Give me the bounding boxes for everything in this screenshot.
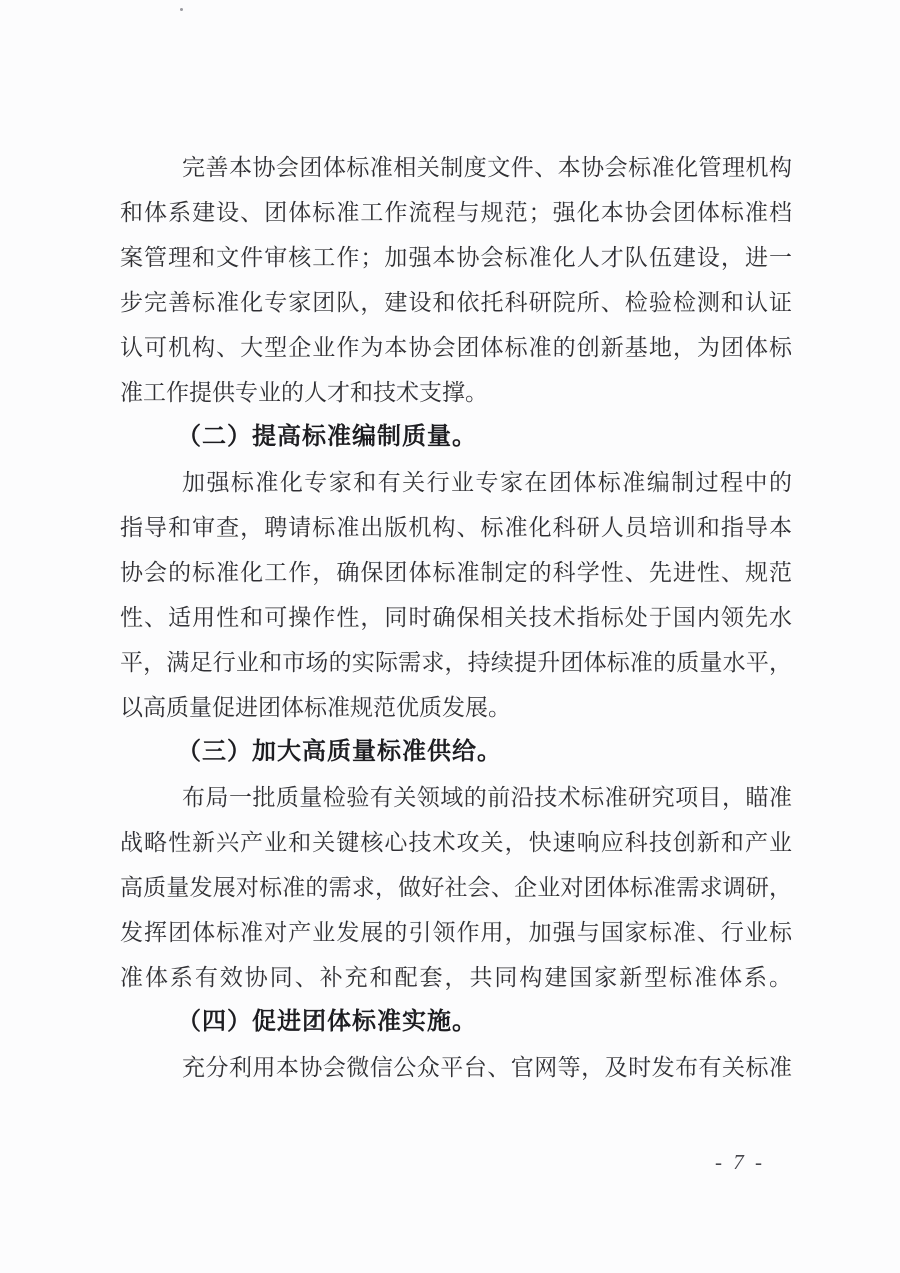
section-heading-2: （二）提高标准编制质量。 [120,415,792,460]
document-page: 完善本协会团体标准相关制度文件、本协会标准化管理机构 和体系建设、团体标准工作流… [0,0,900,1273]
text-line: 准体系有效协同、补充和配套，共同构建国家新型标准体系。 [120,955,792,1000]
text-line: 案管理和文件审核工作；加强本协会标准化人才队伍建设，进一 [120,235,792,280]
text-line: 加强标准化专家和有关行业专家在团体标准编制过程中的 [120,460,792,505]
text-line: 准工作提供专业的人才和技术支撑。 [120,370,792,415]
text-line: 战略性新兴产业和关键核心技术攻关，快速响应科技创新和产业 [120,820,792,865]
text-line: 性、适用性和可操作性，同时确保相关技术指标处于国内领先水 [120,595,792,640]
text-line: 发挥团体标准对产业发展的引领作用，加强与国家标准、行业标 [120,910,792,955]
text-line: 以高质量促进团体标准规范优质发展。 [120,685,792,730]
section-heading-3: （三）加大高质量标准供给。 [120,730,792,775]
document-body: 完善本协会团体标准相关制度文件、本协会标准化管理机构 和体系建设、团体标准工作流… [120,145,792,1090]
text-line: 完善本协会团体标准相关制度文件、本协会标准化管理机构 [120,145,792,190]
scan-speck [180,8,183,11]
text-line: 平，满足行业和市场的实际需求，持续提升团体标准的质量水平， [120,640,792,685]
page-number: - 7 - [700,1150,780,1175]
text-line: 布局一批质量检验有关领域的前沿技术标准研究项目，瞄准 [120,775,792,820]
text-line: 和体系建设、团体标准工作流程与规范；强化本协会团体标准档 [120,190,792,235]
text-line: 高质量发展对标准的需求，做好社会、企业对团体标准需求调研， [120,865,792,910]
text-line: 步完善标准化专家团队，建设和依托科研院所、检验检测和认证 [120,280,792,325]
text-line: 充分利用本协会微信公众平台、官网等，及时发布有关标准 [120,1045,792,1090]
section-heading-4: （四）促进团体标准实施。 [120,1000,792,1045]
text-line: 指导和审查，聘请标准出版机构、标准化科研人员培训和指导本 [120,505,792,550]
text-line: 认可机构、大型企业作为本协会团体标准的创新基地，为团体标 [120,325,792,370]
text-line: 协会的标准化工作，确保团体标准制定的科学性、先进性、规范 [120,550,792,595]
